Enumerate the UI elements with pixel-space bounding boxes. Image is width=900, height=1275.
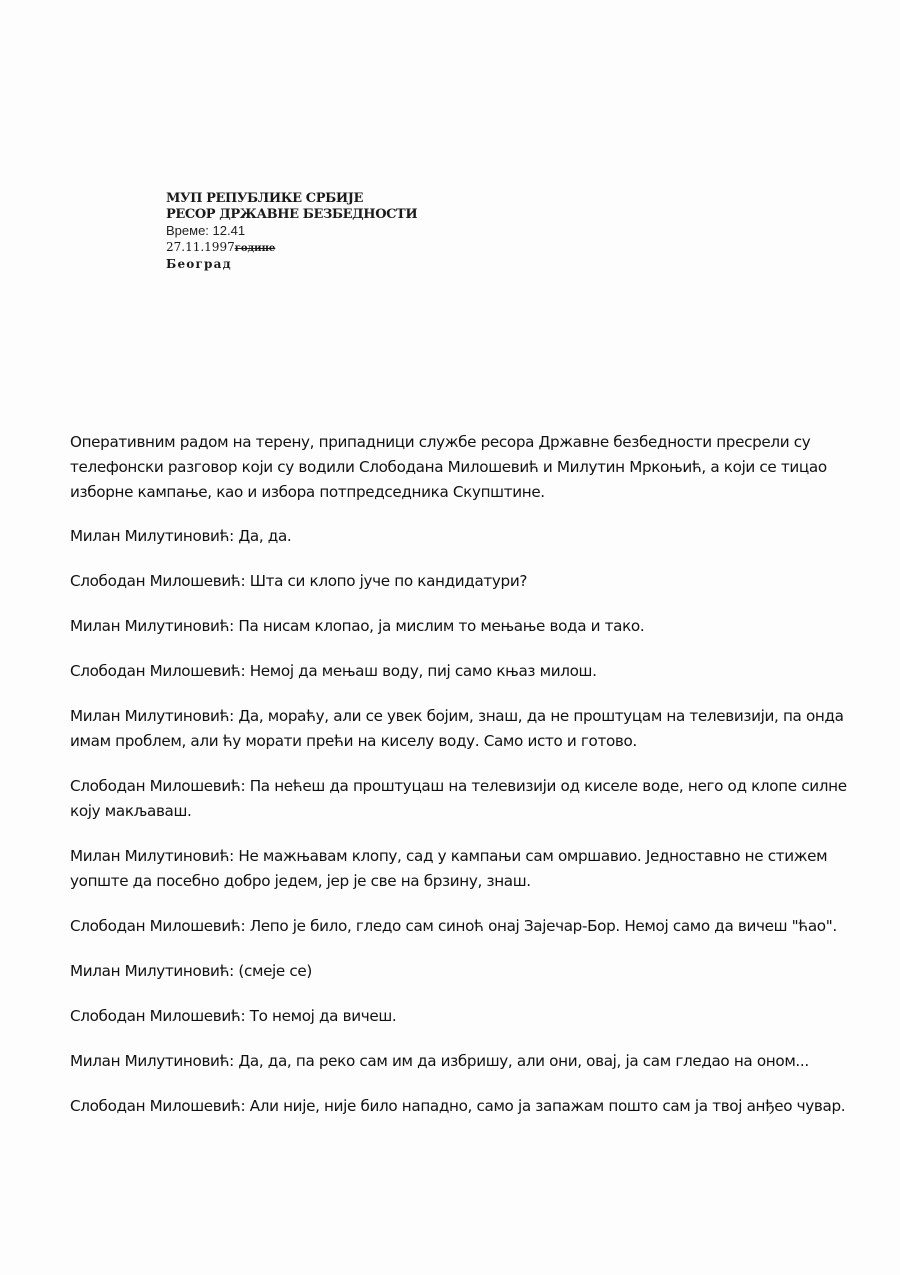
time-stamp: Време: 12.41 — [166, 223, 417, 239]
speaker-name: Милан Милутиновић: — [70, 962, 234, 980]
dialogue-line: Слободан Милошевић: Шта си клопо јуче по… — [70, 569, 850, 594]
utterance-text: Али није, није било нападно, само ја зап… — [245, 1097, 845, 1115]
document-page: МУП РЕПУБЛИКЕ СРБИЈЕ РЕСОР ДРЖАВНЕ БЕЗБЕ… — [0, 0, 900, 1275]
speaker-name: Слободан Милошевић: — [70, 1007, 245, 1025]
intro-paragraph: Оперативним радом на терену, припадници … — [70, 430, 850, 505]
city-stamp: Београд — [166, 257, 417, 272]
utterance-text: Лепо је било, гледо сам синоћ онај Зајеч… — [245, 917, 837, 935]
utterance-text: То немој да вичеш. — [245, 1007, 396, 1025]
letterhead-stamp: МУП РЕПУБЛИКЕ СРБИЈЕ РЕСОР ДРЖАВНЕ БЕЗБЕ… — [166, 191, 417, 272]
date-value: 27.11.1997 — [166, 240, 235, 254]
utterance-text: Да, да, па реко сам им да избришу, али о… — [234, 1052, 809, 1070]
date-suffix: године — [235, 243, 276, 254]
dialogue-line: Слободан Милошевић: Немој да мењаш воду,… — [70, 659, 850, 684]
transcript-body: Оперативним радом на терену, припадници … — [70, 430, 850, 1139]
speaker-name: Милан Милутиновић: — [70, 1052, 234, 1070]
speaker-name: Милан Милутиновић: — [70, 847, 234, 865]
speaker-name: Слободан Милошевић: — [70, 572, 245, 590]
dialogue-line: Слободан Милошевић: То немој да вичеш. — [70, 1004, 850, 1029]
dialogue-line: Милан Милутиновић: Па нисам клопао, ја м… — [70, 614, 850, 639]
speaker-name: Слободан Милошевић: — [70, 917, 245, 935]
utterance-text: Немој да мењаш воду, пиј само књаз милош… — [245, 662, 596, 680]
dialogue-line: Слободан Милошевић: Али није, није било … — [70, 1094, 850, 1119]
ministry-name: МУП РЕПУБЛИКЕ СРБИЈЕ — [166, 191, 417, 207]
speaker-name: Милан Милутиновић: — [70, 527, 234, 545]
dialogue-list: Милан Милутиновић: Да, да.Слободан Милош… — [70, 524, 850, 1119]
dialogue-line: Милан Милутиновић: Да, да, па реко сам и… — [70, 1049, 850, 1074]
utterance-text: Да, да. — [234, 527, 292, 545]
speaker-name: Слободан Милошевић: — [70, 1097, 245, 1115]
dialogue-line: Милан Милутиновић: Да, мораћу, али се ув… — [70, 704, 850, 754]
speaker-name: Слободан Милошевић: — [70, 777, 245, 795]
utterance-text: (смеје се) — [234, 962, 312, 980]
department-name: РЕСОР ДРЖАВНЕ БЕЗБЕДНОСТИ — [166, 207, 417, 223]
dialogue-line: Слободан Милошевић: Лепо је било, гледо … — [70, 914, 850, 939]
dialogue-line: Слободан Милошевић: Па нећеш да проштуца… — [70, 774, 850, 824]
speaker-name: Милан Милутиновић: — [70, 707, 234, 725]
date-stamp: 27.11.1997године — [166, 239, 417, 257]
speaker-name: Слободан Милошевић: — [70, 662, 245, 680]
dialogue-line: Милан Милутиновић: (смеје се) — [70, 959, 850, 984]
speaker-name: Милан Милутиновић: — [70, 617, 234, 635]
dialogue-line: Милан Милутиновић: Не мажњавам клопу, са… — [70, 844, 850, 894]
dialogue-line: Милан Милутиновић: Да, да. — [70, 524, 850, 549]
utterance-text: Шта си клопо јуче по кандидатури? — [245, 572, 527, 590]
utterance-text: Па нисам клопао, ја мислим то мењање вод… — [234, 617, 644, 635]
